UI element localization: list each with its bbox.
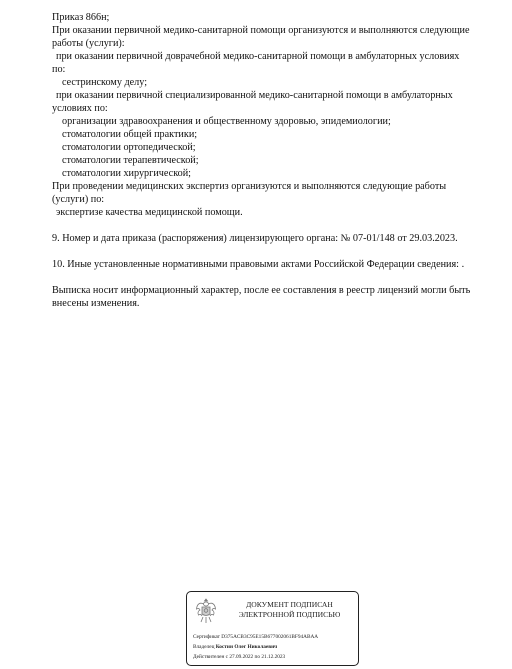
owner-value: Костин Олег Николаевич xyxy=(216,644,277,650)
document-line: Приказ 866н; xyxy=(52,11,492,24)
document-line: организации здравоохранения и общественн… xyxy=(52,115,492,128)
document-line: сестринскому делу; xyxy=(52,76,492,89)
document-line: стоматологии терапевтической; xyxy=(52,154,492,167)
blank-line xyxy=(52,219,492,232)
document-line: при оказании первичной доврачебной медик… xyxy=(52,50,492,63)
certificate-line: Сертификат D375ACB3C95E15B677002061BF94A… xyxy=(193,632,318,642)
electronic-signature-stamp: ДОКУМЕНТ ПОДПИСАН ЭЛЕКТРОННОЙ ПОДПИСЬЮ С… xyxy=(186,591,359,666)
document-body: Приказ 866н;При оказании первичной медик… xyxy=(52,11,492,310)
certificate-label: Сертификат xyxy=(193,634,220,640)
document-line: стоматологии ортопедической; xyxy=(52,141,492,154)
document-line: При оказании первичной медико-санитарной… xyxy=(52,24,492,37)
document-line: условиях по: xyxy=(52,102,492,115)
document-line: работы (услуги): xyxy=(52,37,492,50)
validity-line: Действителен с 27.09.2022 по 21.12.2023 xyxy=(193,652,318,662)
stamp-title: ДОКУМЕНТ ПОДПИСАН ЭЛЕКТРОННОЙ ПОДПИСЬЮ xyxy=(225,600,354,620)
document-line: стоматологии хирургической; xyxy=(52,167,492,180)
document-line: 10. Иные установленные нормативными прав… xyxy=(52,258,492,271)
russian-emblem-icon xyxy=(195,597,217,624)
document-line: (услуги) по: xyxy=(52,193,492,206)
document-line: экспертизе качества медицинской помощи. xyxy=(52,206,492,219)
document-line: при оказании первичной специализированно… xyxy=(52,89,492,102)
owner-label: Владелец xyxy=(193,644,214,650)
owner-line: Владелец Костин Олег Николаевич xyxy=(193,642,318,652)
document-line: стоматологии общей практики; xyxy=(52,128,492,141)
stamp-details: Сертификат D375ACB3C95E15B677002061BF94A… xyxy=(193,632,318,662)
certificate-value: D375ACB3C95E15B677002061BF94ABAA xyxy=(221,634,318,640)
blank-line xyxy=(52,245,492,258)
document-line: внесены изменения. xyxy=(52,297,492,310)
blank-line xyxy=(52,271,492,284)
document-line: по: xyxy=(52,63,492,76)
stamp-title-line-1: ДОКУМЕНТ ПОДПИСАН xyxy=(225,600,354,610)
document-line: 9. Номер и дата приказа (распоряжения) л… xyxy=(52,232,492,245)
stamp-title-line-2: ЭЛЕКТРОННОЙ ПОДПИСЬЮ xyxy=(225,610,354,620)
document-line: Выписка носит информационный характер, п… xyxy=(52,284,492,297)
document-line: При проведении медицинских экспертиз орг… xyxy=(52,180,492,193)
